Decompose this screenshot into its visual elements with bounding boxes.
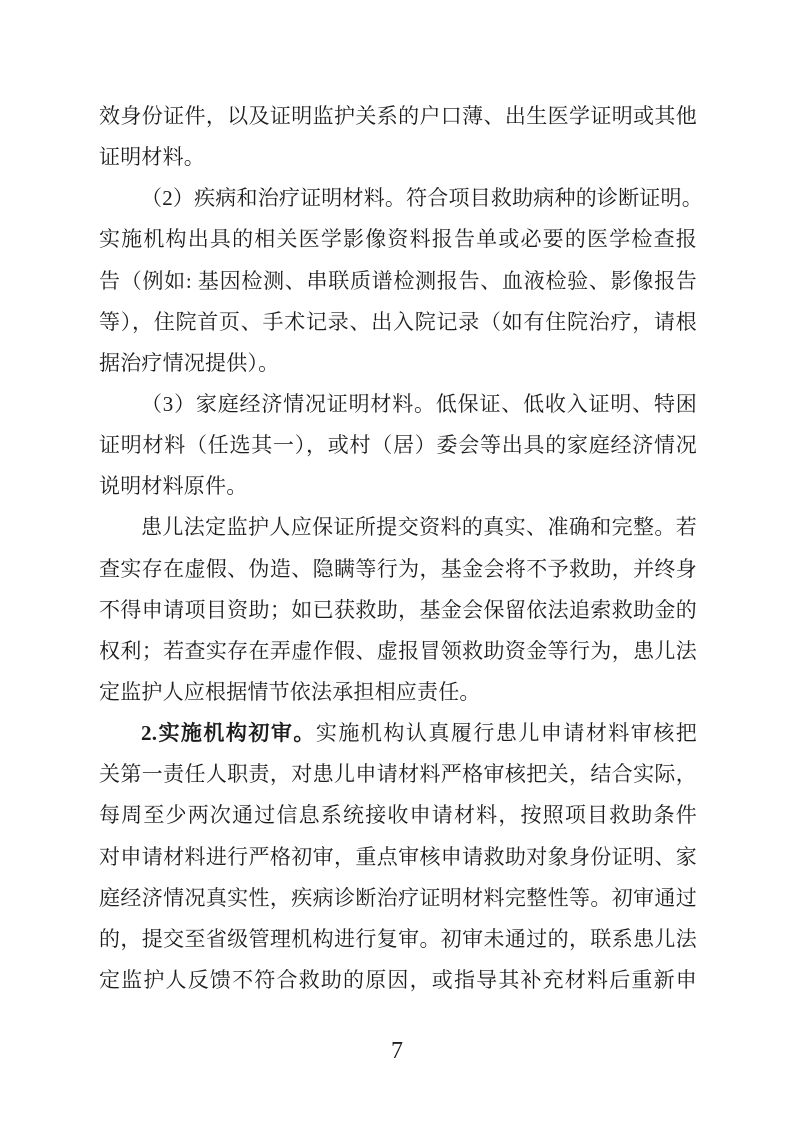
text-line: 等），住院首页、手术记录、出入院记录（如有住院治疗，请根 xyxy=(99,302,697,343)
text-line: （3）家庭经济情况证明材料。低保证、低收入证明、特困 xyxy=(99,384,697,425)
text-line: 说明材料原件。 xyxy=(99,466,697,507)
text-line: 的，提交至省级管理机构进行复审。初审未通过的，联系患儿法 xyxy=(99,919,697,960)
text-line: 权利；若查实存在弄虚作假、虚报冒领救助资金等行为，患儿法 xyxy=(99,631,697,672)
text-line: 实施机构出具的相关医学影像资料报告单或必要的医学检查报 xyxy=(99,219,697,260)
text-line: 每周至少两次通过信息系统接收申请材料，按照项目救助条件 xyxy=(99,795,697,836)
text-line: 证明材料（任选其一），或村（居）委会等出具的家庭经济情况 xyxy=(99,425,697,466)
text-line: 证明材料。 xyxy=(99,137,697,178)
text-line: 患儿法定监护人应保证所提交资料的真实、准确和完整。若 xyxy=(99,507,697,548)
text-line: 2.实施机构初审。实施机构认真履行患儿申请材料审核把 xyxy=(99,713,697,754)
page-number: 7 xyxy=(0,1036,794,1066)
text-line: 告（例如: 基因检测、串联质谱检测报告、血液检验、影像报告 xyxy=(99,261,697,302)
text-line: 对申请材料进行严格初审，重点审核申请救助对象身份证明、家 xyxy=(99,837,697,878)
text-line: 不得申请项目资助；如已获救助，基金会保留依法追索救助金的 xyxy=(99,590,697,631)
paragraph-text: 实施机构认真履行患儿申请材料审核把 xyxy=(316,721,697,745)
text-line: 据治疗情况提供）。 xyxy=(99,343,697,384)
text-line: 查实存在虚假、伪造、隐瞒等行为，基金会将不予救助，并终身 xyxy=(99,549,697,590)
text-line: 定监护人反馈不符合救助的原因，或指导其补充材料后重新申 xyxy=(99,960,697,1001)
text-line: 庭经济情况真实性，疾病诊断治疗证明材料完整性等。初审通过 xyxy=(99,878,697,919)
document-page: 效身份证件，以及证明监护关系的户口薄、出生医学证明或其他 证明材料。 （2）疾病… xyxy=(0,0,794,1123)
paragraph-heading: 2.实施机构初审。 xyxy=(141,721,316,745)
document-body: 效身份证件，以及证明监护关系的户口薄、出生医学证明或其他 证明材料。 （2）疾病… xyxy=(99,96,697,1001)
text-line: 关第一责任人职责，对患儿申请材料严格审核把关，结合实际， xyxy=(99,754,697,795)
text-line: （2）疾病和治疗证明材料。符合项目救助病种的诊断证明。 xyxy=(99,178,697,219)
text-line: 效身份证件，以及证明监护关系的户口薄、出生医学证明或其他 xyxy=(99,96,697,137)
text-line: 定监护人应根据情节依法承担相应责任。 xyxy=(99,672,697,713)
